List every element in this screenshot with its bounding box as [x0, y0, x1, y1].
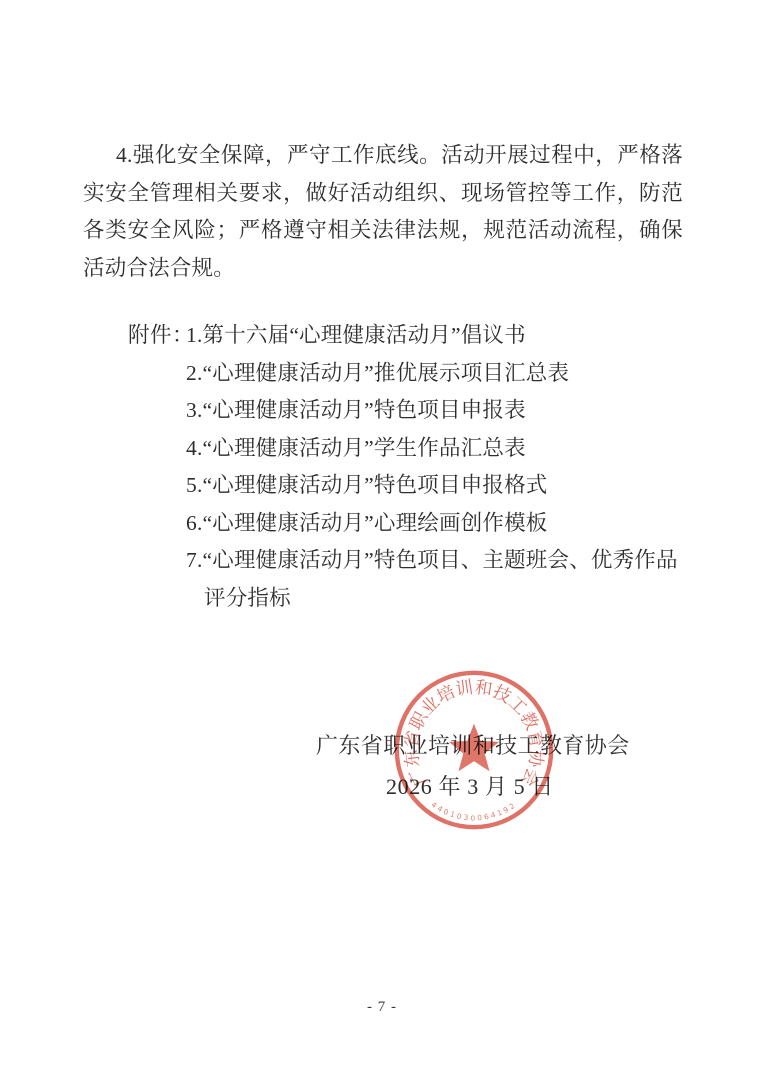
official-seal-stamp: 广东省职业培训和技工教育协会 4401030064192	[390, 666, 558, 834]
page-number: - 7 -	[0, 999, 764, 1016]
attachment-item: 3.“心理健康活动月”特色项目申报表	[186, 392, 688, 430]
attachment-item: 2.“心理健康活动月”推优展示项目汇总表	[186, 355, 688, 393]
attachment-item: 7.“心理健康活动月”特色项目、主题班会、优秀作品评分指标	[186, 542, 688, 617]
seal-star-icon	[449, 724, 499, 772]
attachment-item: 1.第十六届“心理健康活动月”倡议书	[186, 317, 688, 355]
attachment-item: 6.“心理健康活动月”心理绘画创作模板	[186, 505, 688, 543]
document-page: 4.强化安全保障，严守工作底线。活动开展过程中，严格落实安全管理相关要求，做好活…	[0, 0, 764, 1080]
attachment-item: 5.“心理健康活动月”特色项目申报格式	[186, 467, 688, 505]
attachment-item: 4.“心理健康活动月”学生作品汇总表	[186, 430, 688, 468]
body-paragraph: 4.强化安全保障，严守工作底线。活动开展过程中，严格落实安全管理相关要求，做好活…	[83, 137, 683, 287]
attachments-list: 1.第十六届“心理健康活动月”倡议书 2.“心理健康活动月”推优展示项目汇总表 …	[186, 317, 688, 617]
attachments-label: 附件：	[128, 317, 194, 355]
